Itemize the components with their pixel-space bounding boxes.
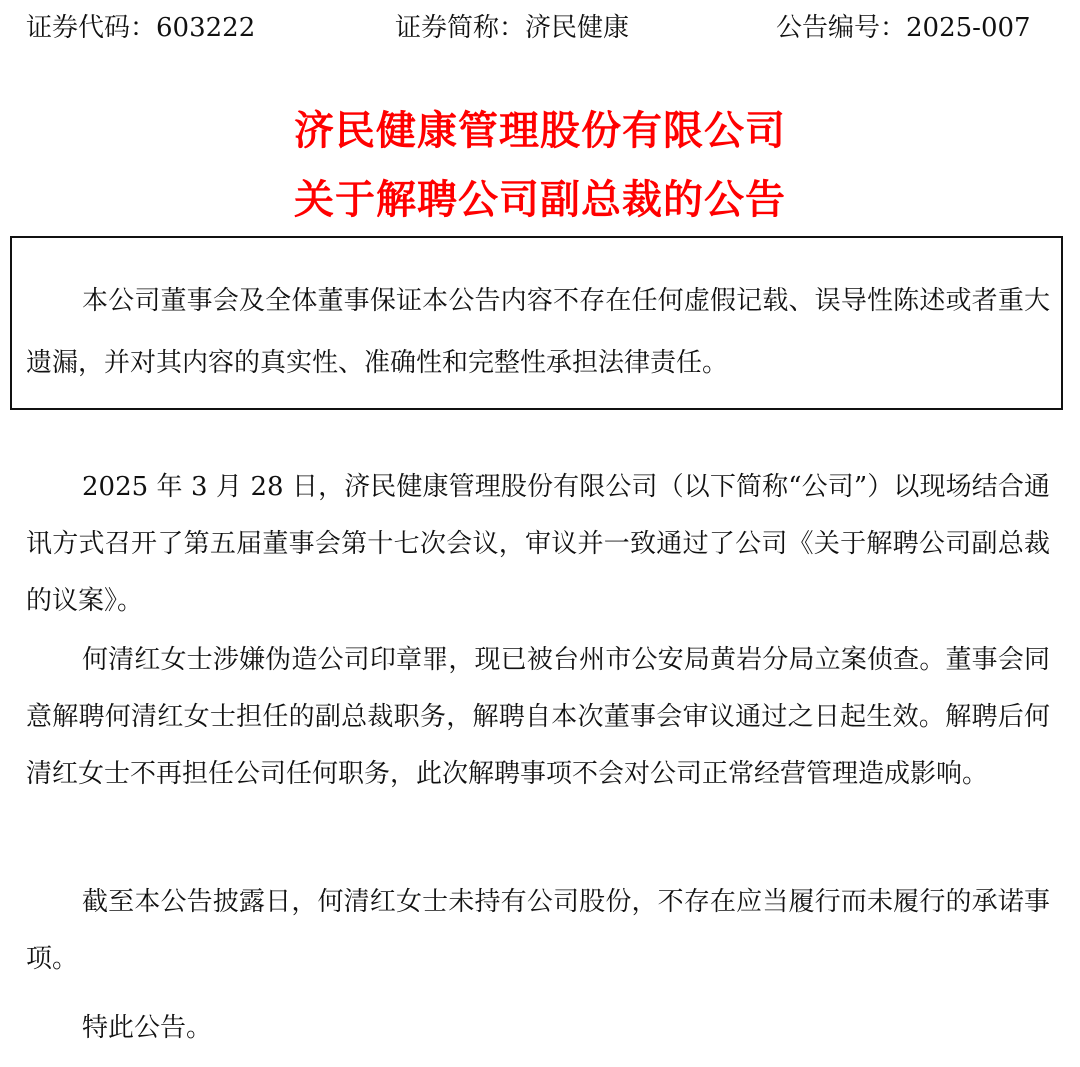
- board-guarantee-statement: 本公司董事会及全体董事保证本公告内容不存在任何虚假记载、误导性陈述或者重大遗漏，…: [26, 270, 1050, 394]
- document-header: 证券代码：603222 证券简称：济民健康 公告编号：2025-007: [0, 8, 1080, 48]
- body-paragraph-closing: 特此公告。: [26, 1000, 1050, 1057]
- title-company-name: 济民健康管理股份有限公司: [0, 103, 1080, 159]
- body-paragraph-meeting: 2025 年 3 月 28 日，济民健康管理股份有限公司（以下简称“公司”）以现…: [26, 459, 1050, 630]
- stock-short-name: 证券简称：济民健康: [395, 8, 629, 48]
- board-guarantee-notice-box: 本公司董事会及全体董事保证本公告内容不存在任何虚假记载、误导性陈述或者重大遗漏，…: [10, 236, 1063, 410]
- body-paragraph-shareholding: 截至本公告披露日，何清红女士未持有公司股份，不存在应当履行而未履行的承诺事项。: [26, 874, 1050, 988]
- title-announcement-subject: 关于解聘公司副总裁的公告: [0, 172, 1080, 228]
- body-paragraph-dismissal: 何清红女士涉嫌伪造公司印章罪，现已被台州市公安局黄岩分局立案侦查。董事会同意解聘…: [26, 632, 1050, 803]
- stock-code: 证券代码：603222: [26, 8, 255, 48]
- announcement-number: 公告编号：2025-007: [776, 8, 1031, 48]
